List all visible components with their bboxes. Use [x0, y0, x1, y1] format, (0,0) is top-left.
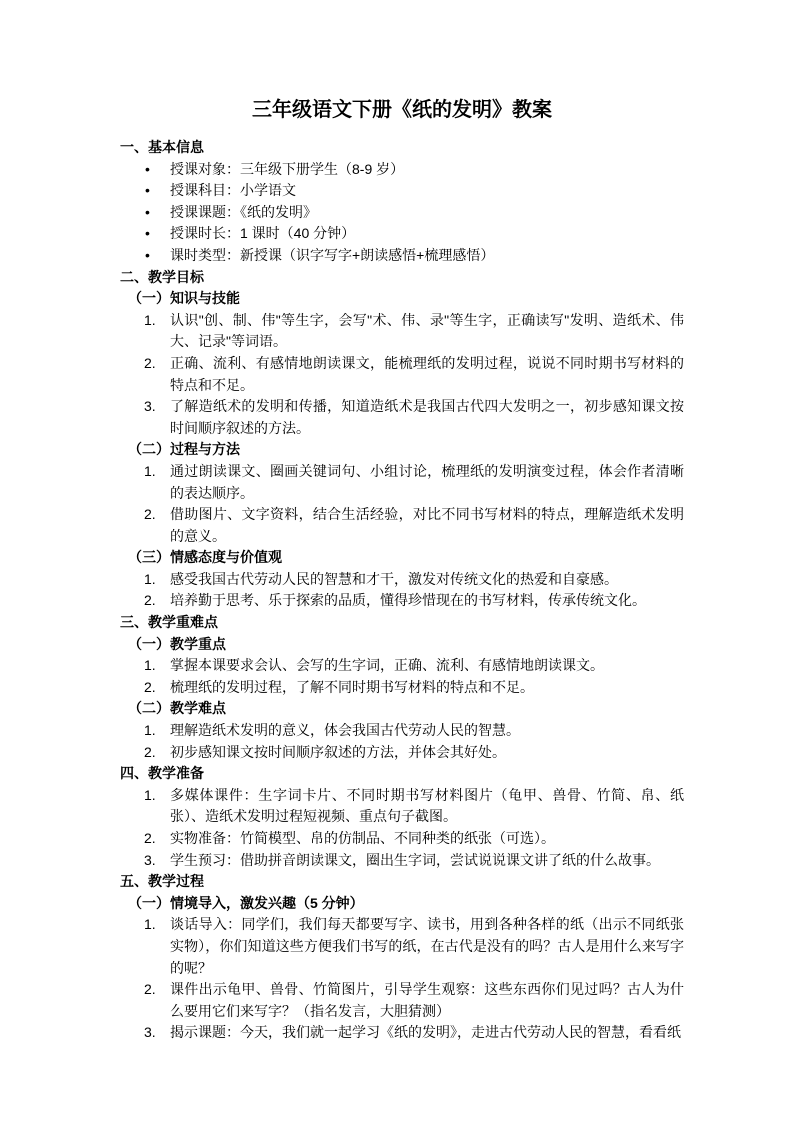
subsection-heading: （一）知识与技能 — [128, 288, 684, 310]
list-item: •课时类型：新授课（识字写字+朗读感悟+梳理感悟） — [120, 245, 684, 267]
list-item-text: 谈话导入：同学们，我们每天都要写字、读书，用到各种各样的纸（出示不同纸张实物），… — [170, 916, 684, 975]
list-item-text: 授课科目：小学语文 — [170, 182, 296, 198]
list-item-text: 通过朗读课文、圈画关键词句、小组讨论，梳理纸的发明演变过程，体会作者清晰的表达顺… — [170, 463, 684, 501]
subsection-heading: （一）教学重点 — [128, 634, 684, 656]
number-marker: 1. — [144, 310, 170, 332]
bullet-marker: • — [145, 180, 171, 202]
list-item: 1.理解造纸术发明的意义，体会我国古代劳动人民的智慧。 — [120, 720, 684, 742]
number-marker: 1. — [144, 914, 170, 936]
list-item-text: 了解造纸术的发明和传播，知道造纸术是我国古代四大发明之一，初步感知课文按时间顺序… — [170, 398, 684, 436]
list: 1.认识"创、制、伟"等生字，会写"术、伟、录"等生字，正确读写"发明、造纸术、… — [120, 310, 684, 440]
bullet-marker: • — [145, 245, 171, 267]
number-marker: 2. — [144, 742, 170, 764]
list: 1.感受我国古代劳动人民的智慧和才干，激发对传统文化的热爱和自豪感。2.培养勤于… — [120, 569, 684, 612]
subsection-heading: （二）教学难点 — [128, 698, 684, 720]
number-marker: 1. — [144, 655, 170, 677]
list-item: 3.揭示课题：今天，我们就一起学习《纸的发明》，走进古代劳动人民的智慧，看看纸 — [120, 1022, 684, 1044]
subsection-heading: （二）过程与方法 — [128, 439, 684, 461]
number-marker: 3. — [144, 850, 170, 872]
list-item-text: 初步感知课文按时间顺序叙述的方法，并体会其好处。 — [170, 744, 506, 760]
section: 二、教学目标（一）知识与技能1.认识"创、制、伟"等生字，会写"术、伟、录"等生… — [120, 267, 684, 613]
section-heading: 五、教学过程 — [120, 871, 684, 893]
number-marker: 2. — [144, 979, 170, 1001]
list-item: •授课科目：小学语文 — [120, 180, 684, 202]
section-heading: 四、教学准备 — [120, 763, 684, 785]
list-item: 3.学生预习：借助拼音朗读课文，圈出生字词，尝试说说课文讲了纸的什么故事。 — [120, 850, 684, 872]
list-item: 1.多媒体课件：生字词卡片、不同时期书写材料图片（龟甲、兽骨、竹简、帛、纸张）、… — [120, 785, 684, 828]
list-item-text: 授课时长：1 课时（40 分钟） — [170, 225, 355, 241]
list-item: 2.梳理纸的发明过程，了解不同时期书写材料的特点和不足。 — [120, 677, 684, 699]
list-item: 2.培养勤于思考、乐于探索的品质，懂得珍惜现在的书写材料，传承传统文化。 — [120, 590, 684, 612]
number-marker: 1. — [144, 569, 170, 591]
list-item-text: 掌握本课要求会认、会写的生字词，正确、流利、有感情地朗读课文。 — [170, 657, 604, 673]
number-marker: 1. — [144, 461, 170, 483]
section: 四、教学准备1.多媒体课件：生字词卡片、不同时期书写材料图片（龟甲、兽骨、竹简、… — [120, 763, 684, 871]
number-marker: 2. — [144, 677, 170, 699]
list-item-text: 揭示课题：今天，我们就一起学习《纸的发明》，走进古代劳动人民的智慧，看看纸 — [170, 1024, 681, 1040]
list-item: 1.通过朗读课文、圈画关键词句、小组讨论，梳理纸的发明演变过程，体会作者清晰的表… — [120, 461, 684, 504]
section: 一、基本信息•授课对象：三年级下册学生（8-9 岁）•授课科目：小学语文•授课课… — [120, 137, 684, 267]
list-item-text: 多媒体课件：生字词卡片、不同时期书写材料图片（龟甲、兽骨、竹简、帛、纸张）、造纸… — [170, 787, 684, 825]
list-item: 2.初步感知课文按时间顺序叙述的方法，并体会其好处。 — [120, 742, 684, 764]
section-heading: 三、教学重难点 — [120, 612, 684, 634]
list-item: 1.认识"创、制、伟"等生字，会写"术、伟、录"等生字，正确读写"发明、造纸术、… — [120, 310, 684, 353]
number-marker: 3. — [144, 1022, 170, 1044]
list-item-text: 培养勤于思考、乐于探索的品质，懂得珍惜现在的书写材料，传承传统文化。 — [170, 592, 646, 608]
list-item-text: 感受我国古代劳动人民的智慧和才干，激发对传统文化的热爱和自豪感。 — [170, 571, 618, 587]
list-item: 3.了解造纸术的发明和传播，知道造纸术是我国古代四大发明之一，初步感知课文按时间… — [120, 396, 684, 439]
list-item-text: 理解造纸术发明的意义，体会我国古代劳动人民的智慧。 — [170, 722, 520, 738]
bullet-marker: • — [145, 202, 171, 224]
list-item-text: 梳理纸的发明过程，了解不同时期书写材料的特点和不足。 — [170, 679, 534, 695]
list-item-text: 课件出示龟甲、兽骨、竹简图片，引导学生观察：这些东西你们见过吗？古人为什么要用它… — [170, 981, 684, 1019]
number-marker: 1. — [144, 720, 170, 742]
section: 三、教学重难点（一）教学重点1.掌握本课要求会认、会写的生字词，正确、流利、有感… — [120, 612, 684, 763]
list-item-text: 学生预习：借助拼音朗读课文，圈出生字词，尝试说说课文讲了纸的什么故事。 — [170, 852, 660, 868]
list-item: 2.借助图片、文字资料，结合生活经验，对比不同书写材料的特点，理解造纸术发明的意… — [120, 504, 684, 547]
list-item: 2.课件出示龟甲、兽骨、竹简图片，引导学生观察：这些东西你们见过吗？古人为什么要… — [120, 979, 684, 1022]
section-heading: 一、基本信息 — [120, 137, 684, 159]
number-marker: 1. — [144, 785, 170, 807]
list: •授课对象：三年级下册学生（8-9 岁）•授课科目：小学语文•授课课题：《纸的发… — [120, 159, 684, 267]
document-body: 一、基本信息•授课对象：三年级下册学生（8-9 岁）•授课科目：小学语文•授课课… — [120, 137, 684, 1044]
list: 1.掌握本课要求会认、会写的生字词，正确、流利、有感情地朗读课文。2.梳理纸的发… — [120, 655, 684, 698]
section: 五、教学过程（一）情境导入，激发兴趣（5 分钟）1.谈话导入：同学们，我们每天都… — [120, 871, 684, 1044]
number-marker: 2. — [144, 590, 170, 612]
number-marker: 2. — [144, 828, 170, 850]
bullet-marker: • — [145, 159, 171, 181]
bullet-marker: • — [145, 223, 171, 245]
subsection-heading: （一）情境导入，激发兴趣（5 分钟） — [128, 893, 684, 915]
list-item: 2.正确、流利、有感情地朗读课文，能梳理纸的发明过程，说说不同时期书写材料的特点… — [120, 353, 684, 396]
list-item-text: 实物准备：竹简模型、帛的仿制品、不同种类的纸张（可选）。 — [170, 830, 555, 846]
list: 1.多媒体课件：生字词卡片、不同时期书写材料图片（龟甲、兽骨、竹简、帛、纸张）、… — [120, 785, 684, 871]
list-item-text: 课时类型：新授课（识字写字+朗读感悟+梳理感悟） — [170, 247, 494, 263]
document-title: 三年级语文下册《纸的发明》教案 — [120, 97, 684, 123]
subsection-heading: （三）情感态度与价值观 — [128, 547, 684, 569]
list-item: •授课课题：《纸的发明》 — [120, 202, 684, 224]
list-item-text: 授课对象：三年级下册学生（8-9 岁） — [170, 161, 404, 177]
number-marker: 3. — [144, 396, 170, 418]
list-item: 1.感受我国古代劳动人民的智慧和才干，激发对传统文化的热爱和自豪感。 — [120, 569, 684, 591]
list: 1.理解造纸术发明的意义，体会我国古代劳动人民的智慧。2.初步感知课文按时间顺序… — [120, 720, 684, 763]
list: 1.通过朗读课文、圈画关键词句、小组讨论，梳理纸的发明演变过程，体会作者清晰的表… — [120, 461, 684, 547]
section-heading: 二、教学目标 — [120, 267, 684, 289]
number-marker: 2. — [144, 353, 170, 375]
list-item-text: 借助图片、文字资料，结合生活经验，对比不同书写材料的特点，理解造纸术发明的意义。 — [170, 506, 684, 544]
list-item-text: 正确、流利、有感情地朗读课文，能梳理纸的发明过程，说说不同时期书写材料的特点和不… — [170, 355, 684, 393]
list-item: •授课时长：1 课时（40 分钟） — [120, 223, 684, 245]
list-item-text: 授课课题：《纸的发明》 — [170, 204, 317, 220]
list-item: •授课对象：三年级下册学生（8-9 岁） — [120, 159, 684, 181]
document-page: 三年级语文下册《纸的发明》教案 一、基本信息•授课对象：三年级下册学生（8-9 … — [0, 0, 794, 1123]
list: 1.谈话导入：同学们，我们每天都要写字、读书，用到各种各样的纸（出示不同纸张实物… — [120, 914, 684, 1044]
list-item-text: 认识"创、制、伟"等生字，会写"术、伟、录"等生字，正确读写"发明、造纸术、伟大… — [170, 312, 684, 350]
list-item: 1.掌握本课要求会认、会写的生字词，正确、流利、有感情地朗读课文。 — [120, 655, 684, 677]
number-marker: 2. — [144, 504, 170, 526]
list-item: 1.谈话导入：同学们，我们每天都要写字、读书，用到各种各样的纸（出示不同纸张实物… — [120, 914, 684, 979]
list-item: 2.实物准备：竹简模型、帛的仿制品、不同种类的纸张（可选）。 — [120, 828, 684, 850]
